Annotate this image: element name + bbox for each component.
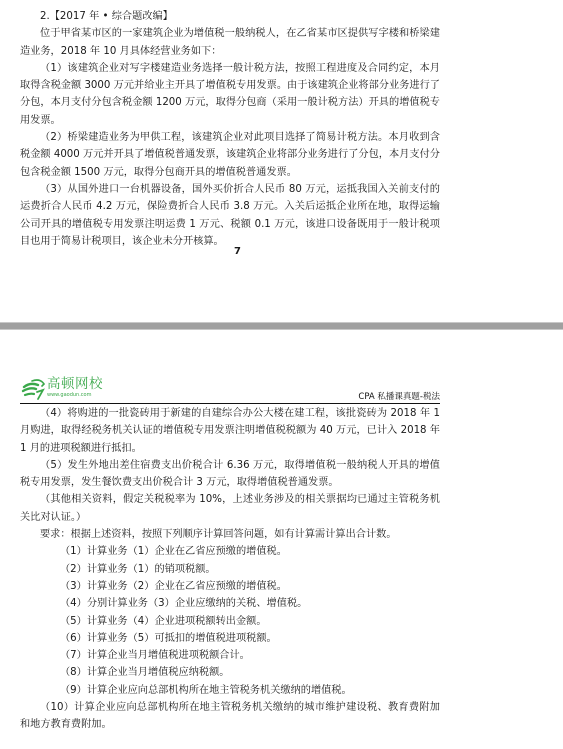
gaodun-logo: 高顿网校 www.gaodun.com [20,377,103,403]
business-item-5-paragraph: （5）发生外地出差住宿费支出价税合计 6.36 万元，取得增值税一般纳税人开具的… [20,457,440,492]
question-text-block: 2.【2017 年 • 综合题改编】 位于甲省某市区的一家建筑企业为增值税一般纳… [20,8,440,250]
requirement-item: （6）计算业务（5）可抵扣的增值税进项税额。 [20,630,440,647]
requirement-item-10: （10）计算企业应向总部机构所在地主管税务机关缴纳的城市维护建设税、教育费附加和… [20,699,440,734]
business-item-1-paragraph: （1）该建筑企业对写字楼建造业务选择一般计税方法，按照工程进度及合同约定，本月取… [20,60,440,129]
business-item-3-paragraph: （3）从国外进口一台机器设备，国外买价折合人民币 80 万元，运抵我国入关前支付… [20,181,440,250]
requirement-item: （7）计算企业当月增值税进项税额合计。 [20,647,440,664]
page-number: 7 [0,246,475,257]
logo-url: www.gaodun.com [47,392,103,398]
requirements-intro: 要求：根据上述资料，按照下列顺序计算回答问题，如有计算需计算出合计数。 [20,526,440,543]
requirement-item: （4）分别计算业务（3）企业应缴纳的关税、增值税。 [20,595,440,612]
question-continued-block: （4）将购进的一批瓷砖用于新建的自建综合办公大楼在建工程，该批瓷砖为 2018 … [20,405,440,734]
question-intro-paragraph: 位于甲省某市区的一家建筑企业为增值税一般纳税人，在乙省某市区提供写字楼和桥梁建造… [20,25,440,60]
requirement-item: （3）计算业务（2）企业在乙省应预缴的增值税。 [20,578,440,595]
business-item-2-paragraph: （2）桥梁建造业务为甲供工程，该建筑企业对此项目选择了简易计税方法。本月收到含税… [20,129,440,181]
document-header-title: CPA 私播课真题-税法 [358,390,440,402]
logo-brand-name: 高顿网校 [47,377,103,392]
requirement-item: （2）计算业务（1）的销项税额。 [20,561,440,578]
document-page-8: 高顿网校 www.gaodun.com CPA 私播课真题-税法 （4）将购进的… [0,330,563,749]
header-divider [20,403,440,404]
page-separator [0,322,563,330]
requirement-item: （1）计算业务（1）企业在乙省应预缴的增值税。 [20,543,440,560]
question-title: 2.【2017 年 • 综合题改编】 [20,8,440,25]
document-page-7: 2.【2017 年 • 综合题改编】 位于甲省某市区的一家建筑企业为增值税一般纳… [0,0,563,322]
requirement-item: （8）计算企业当月增值税应纳税额。 [20,664,440,681]
business-item-4-paragraph: （4）将购进的一批瓷砖用于新建的自建综合办公大楼在建工程，该批瓷砖为 2018 … [20,405,440,457]
other-info-paragraph: （其他相关资料，假定关税税率为 10%，上述业务涉及的相关票据均已通过主管税务机… [20,491,440,526]
requirement-item: （5）计算业务（4）企业进项税额转出金额。 [20,613,440,630]
requirement-item: （9）计算企业应向总部机构所在地主管税务机关缴纳的增值税。 [20,682,440,699]
gaodun-logo-icon [20,377,46,401]
